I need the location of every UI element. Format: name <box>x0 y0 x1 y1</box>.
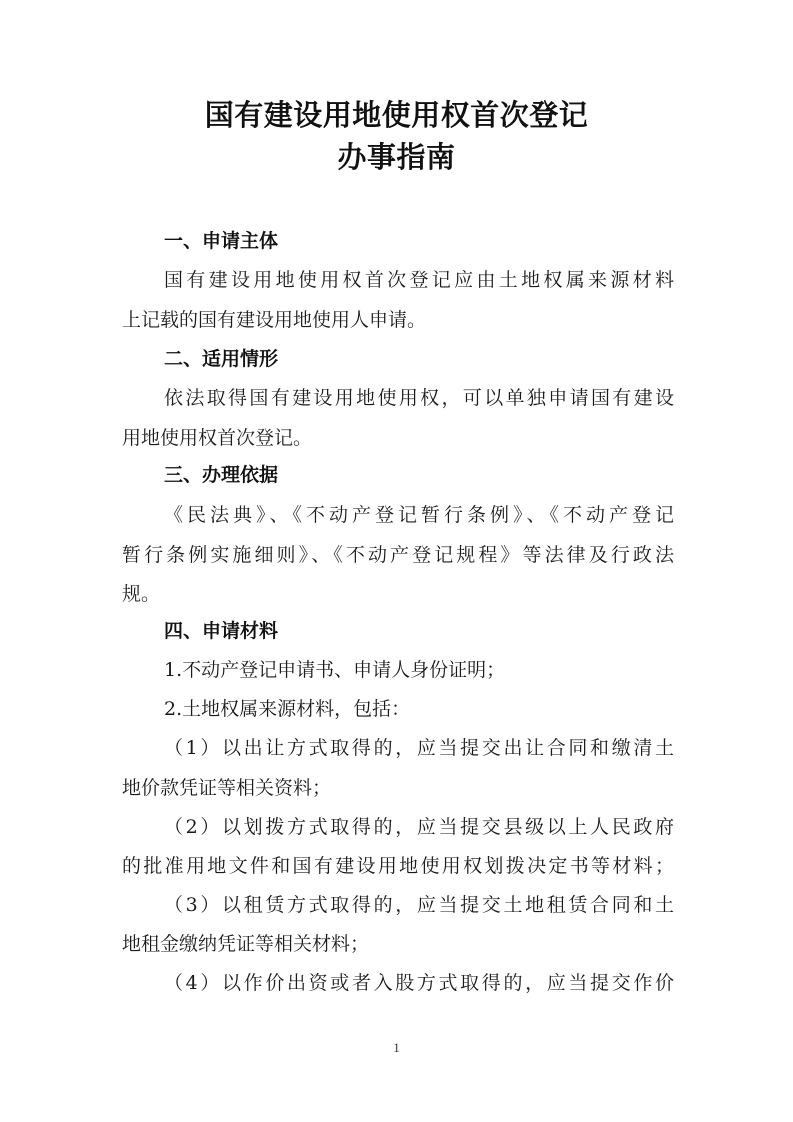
section-heading-applicant: 一、申请主体 <box>164 232 278 251</box>
section-heading-applicable-cases: 二、适用情形 <box>164 350 278 369</box>
list-item: （2）以划拨方式取得的，应当提交县级以上人民政府 <box>164 818 674 837</box>
document-subtitle: 办事指南 <box>0 143 793 172</box>
list-item-continuation: 地租金缴纳凭证等相关材料； <box>122 935 674 954</box>
list-item: （1）以出让方式取得的，应当提交出让合同和缴清土 <box>164 739 674 758</box>
paragraph-line: 上记载的国有建设用地使用人申请。 <box>122 311 674 330</box>
list-item: 1.不动产登记申请书、申请人身份证明； <box>164 661 674 680</box>
document-page: 国有建设用地使用权首次登记 办事指南 一、申请主体 国有建设用地使用权首次登记应… <box>0 0 793 1122</box>
list-item: （3）以租赁方式取得的，应当提交土地租赁合同和土 <box>164 896 674 915</box>
paragraph-line: 用地使用权首次登记。 <box>122 429 674 448</box>
paragraph-line: 《民法典》、《不动产登记暂行条例》、《不动产登记 <box>164 506 674 525</box>
paragraph-line: 规。 <box>122 585 674 604</box>
document-title: 国有建设用地使用权首次登记 <box>0 101 793 130</box>
list-item-continuation: 地价款凭证等相关资料； <box>122 779 674 798</box>
paragraph-line: 国有建设用地使用权首次登记应由土地权属来源材料 <box>164 271 674 290</box>
list-item-continuation: 的批准用地文件和国有建设用地使用权划拨决定书等材料； <box>122 857 674 876</box>
paragraph-line: 依法取得国有建设用地使用权，可以单独申请国有建设 <box>164 389 674 408</box>
page-number: 1 <box>0 1040 793 1056</box>
list-item: 2.土地权属来源材料，包括： <box>164 700 674 719</box>
section-heading-legal-basis: 三、办理依据 <box>164 466 278 485</box>
section-heading-materials: 四、申请材料 <box>164 622 278 641</box>
list-item: （4）以作价出资或者入股方式取得的，应当提交作价 <box>164 974 674 993</box>
paragraph-line: 暂行条例实施细则》、《不动产登记规程》等法律及行政法 <box>122 546 674 565</box>
